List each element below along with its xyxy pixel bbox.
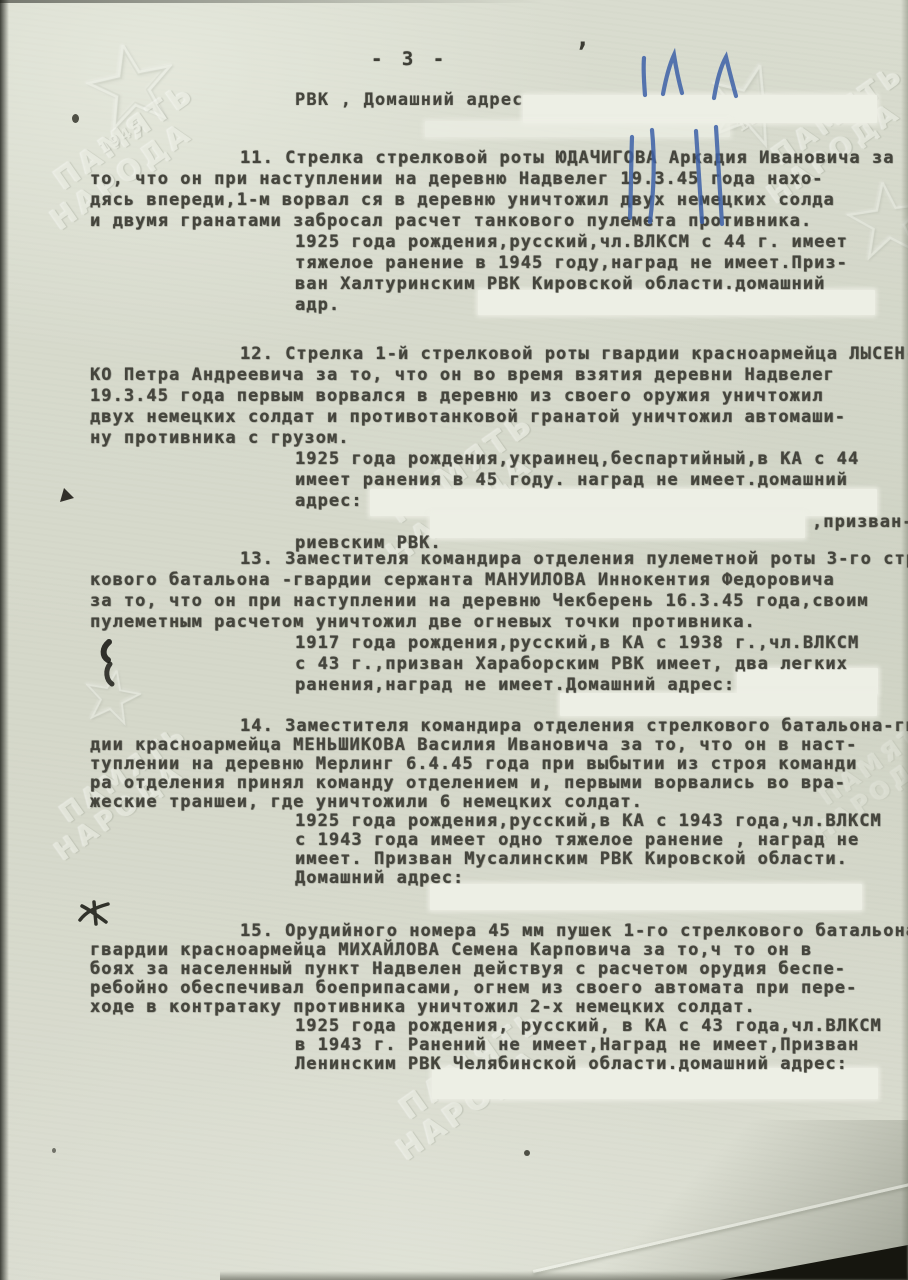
redaction-box — [430, 884, 862, 910]
scan-edge — [0, 0, 545, 3]
typewritten-line: 11. Стрелка стрелковой роты ЮДАЧИГОВА Ар… — [90, 148, 895, 169]
typewritten-line: Домашний адрес: — [90, 868, 908, 887]
typewritten-line: имеет. Призван Мусалинским РВК Кировской… — [90, 849, 908, 868]
typewritten-line: с 43 г.,призван Хараборским РВК имеет, д… — [90, 654, 908, 675]
typewritten-line: имеет ранения в 45 году. наград не имеет… — [90, 470, 908, 491]
redaction-box — [560, 693, 877, 716]
typewritten-line: 1925 года рождения,русский,чл.ВЛКСМ с 44… — [90, 232, 895, 253]
typewritten-line: ну противника с грузом. — [90, 428, 908, 449]
paragraph-15: 15. Орудийного номера 45 мм пушек 1-го с… — [90, 921, 908, 1073]
typewritten-line: пулеметным расчетом уничтожил две огневы… — [90, 612, 908, 633]
ink-blot — [58, 486, 76, 504]
paragraph-14: 14. Заместителя командира отделения стре… — [90, 716, 908, 887]
typewritten-line: ходе в контратаку противника уничтожил 2… — [90, 997, 908, 1016]
typewritten-line: ван Халтуринским РВК Кировской области.д… — [90, 274, 895, 295]
typewritten-line: гвардии красноармейца МИХАЙЛОВА Семена К… — [90, 940, 908, 959]
blue-pen-marks — [595, 38, 770, 233]
scan-edge — [0, 0, 9, 1280]
header-line: РВК , Домашний адрес: — [295, 90, 535, 110]
scan-edge — [901, 0, 908, 1280]
typewritten-line: ранения,наград не имеет.Домашний адрес: — [90, 675, 908, 696]
paper-tear — [74, 898, 114, 928]
typewritten-line: 19.3.45 года первым ворвался в деревню и… — [90, 386, 908, 407]
typewritten-line: ра отделения принял команду отделением и… — [90, 773, 908, 792]
typewritten-line: ,призван-Дмит — [90, 512, 908, 533]
typewritten-line: 15. Орудийного номера 45 мм пушек 1-го с… — [90, 921, 908, 940]
typewritten-line: 1925 года рождения,украинец,беспартийный… — [90, 449, 908, 470]
typewritten-line: и двумя гранатами забросал расчет танков… — [90, 211, 895, 232]
typewritten-line: кового батальона -гвардии сержанта МАНУИ… — [90, 570, 908, 591]
typewritten-line: дясь впереди,1-м ворвал ся в деревню уни… — [90, 190, 895, 211]
typewritten-line: 1925 года рождения,русский,в КА с 1943 г… — [90, 811, 908, 830]
typewritten-line: КО Петра Андреевича за то, что он во вре… — [90, 365, 908, 386]
document-page: ПАМЯТЬНАРОДА ПАМЯТЬНАРОДА ПАМЯТЬНАРОДА П… — [0, 0, 908, 1280]
typewritten-line: Ленинским РВК Челябинской области.домашн… — [90, 1054, 908, 1073]
typewritten-line: 13. Заместителя командира отделения пуле… — [90, 549, 908, 570]
page-number: - 3 - — [371, 48, 448, 70]
typewritten-line: за то, что он при наступлении на деревню… — [90, 591, 908, 612]
typewritten-line: 1925 года рождения, русский, в КА с 43 г… — [90, 1016, 908, 1035]
ink-speck — [52, 1148, 56, 1153]
ink-speck — [72, 114, 79, 123]
typewritten-line: туплении на деревню Мерлинг 6.4.45 года … — [90, 754, 908, 773]
paragraph-13: 13. Заместителя командира отделения пуле… — [90, 549, 908, 696]
typewritten-line: боях за населенный пункт Надвелен действ… — [90, 959, 908, 978]
paragraph-11: 11. Стрелка стрелковой роты ЮДАЧИГОВА Ар… — [90, 148, 895, 316]
typewritten-line: адр. — [90, 295, 895, 316]
typewritten-line: жеские траншеи, где уничтожили 6 немецки… — [90, 792, 908, 811]
typewritten-line: 14. Заместителя командира отделения стре… — [90, 716, 908, 735]
typewritten-line: в 1943 г. Ранений не имеет,Наград не име… — [90, 1035, 908, 1054]
typewritten-line: ребойно обеспечивал боеприпасами, огнем … — [90, 978, 908, 997]
typewritten-line: адрес: — [90, 491, 908, 512]
typewritten-line: тяжелое ранение в 1945 году,наград не им… — [90, 253, 895, 274]
paper-tear — [95, 636, 129, 688]
paragraph-12: 12. Стрелка 1-й стрелковой роты гвардии … — [90, 344, 908, 554]
typewritten-line: с 1943 года имеет одно тяжелое ранение ,… — [90, 830, 908, 849]
typewritten-line: 1917 года рождения,русский,в КА с 1938 г… — [90, 633, 908, 654]
typewritten-line: 12. Стрелка 1-й стрелковой роты гвардии … — [90, 344, 908, 365]
typewritten-line: то, что он при наступлении на деревню На… — [90, 169, 895, 190]
stray-ink-mark: ’ — [574, 38, 590, 68]
typewritten-line: двух немецких солдат и противотанковой г… — [90, 407, 908, 428]
typewritten-line: дии красноармейца МЕНЬШИКОВА Василия Ива… — [90, 735, 908, 754]
